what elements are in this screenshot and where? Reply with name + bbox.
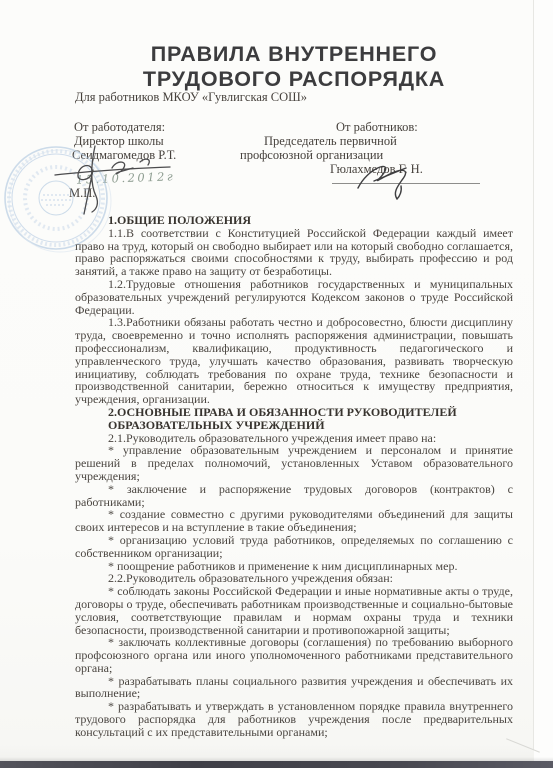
employees-heading: От работников: <box>336 120 418 135</box>
document-title-line2: ТРУДОВОГО РАСПОРЯДКА <box>75 67 513 92</box>
employer-signature-icon <box>40 142 190 224</box>
paragraph: * разрабатывать и утверждать в установле… <box>75 700 513 738</box>
employees-signature-icon <box>334 158 486 202</box>
scan-bottom-bar <box>0 761 553 768</box>
document-title: ПРАВИЛА ВНУТРЕННЕГО ТРУДОВОГО РАСПОРЯДКА <box>75 42 513 92</box>
document-title-line1: ПРАВИЛА ВНУТРЕННЕГО <box>75 42 513 67</box>
employees-position-line1: Председатель первичной <box>264 134 397 149</box>
paragraph: * разрабатывать планы социального развит… <box>75 675 513 701</box>
document-page: ПРАВИЛА ВНУТРЕННЕГО ТРУДОВОГО РАСПОРЯДКА… <box>0 0 553 768</box>
paragraph: 1.3.Работники обязаны работать честно и … <box>75 316 513 406</box>
section-heading: 1.ОБЩИЕ ПОЛОЖЕНИЯ <box>75 214 513 227</box>
section-heading: 2.ОСНОВНЫЕ ПРАВА И ОБЯЗАННОСТИ РУКОВОДИТ… <box>75 406 513 432</box>
document-body: 1.ОБЩИЕ ПОЛОЖЕНИЯ1.1.В соответствии с Ко… <box>75 214 513 739</box>
paragraph: * создание совместно с другими руководит… <box>75 508 513 534</box>
paragraph: * заключать коллективные договоры (согла… <box>75 636 513 674</box>
page-edge-line <box>533 0 534 750</box>
paragraph: * заключение и распоряжение трудовых дог… <box>75 483 513 509</box>
scan-right-margin <box>534 0 553 768</box>
paragraph: * соблюдать законы Российской Федерации … <box>75 585 513 636</box>
employer-heading: От работодателя: <box>74 120 165 135</box>
paragraph: 1.2.Трудовые отношения работников госуда… <box>75 278 513 316</box>
document-subtitle: Для работников МКОУ «Гувлигская СОШ» <box>75 90 307 105</box>
paragraph: 1.1.В соответствии с Конституцией Россий… <box>75 227 513 278</box>
paragraph: * организацию условий труда работников, … <box>75 534 513 560</box>
paragraph: * управление образовательным учреждением… <box>75 444 513 482</box>
